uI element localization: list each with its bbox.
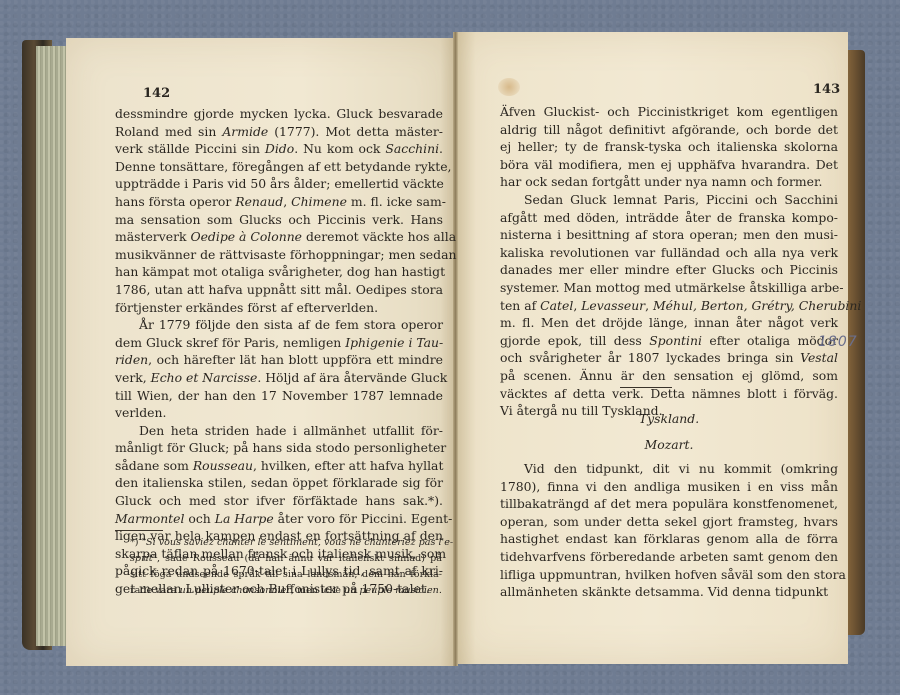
text-line: kaliska revolutionen var fulländad och a… bbox=[500, 244, 838, 262]
subsection-heading: Mozart. bbox=[500, 437, 838, 452]
foxing-stain bbox=[498, 78, 520, 96]
text-line: 1780), finna vi den andliga musiken i en… bbox=[500, 478, 838, 496]
section-divider bbox=[620, 387, 672, 388]
text-line: Marmontel och La Harpe åter voro för Pic… bbox=[115, 510, 443, 528]
left-page-body: dessmindre gjorde mycken lycka. Gluck be… bbox=[115, 105, 443, 598]
right-page-body-continued: Vid den tidpunkt, dit vi nu kommit (omkr… bbox=[500, 460, 838, 601]
text-line: Roland med sin Armide (1777). Mot detta … bbox=[115, 123, 443, 141]
text-line: gjorde epok, till dess Spontini efter ot… bbox=[500, 332, 838, 350]
text-line: tillbakaträngd af det mera populära kons… bbox=[500, 495, 838, 513]
text-line: aldrig till något definitivt afgörande, … bbox=[500, 121, 838, 139]
text-line: Denne tonsättare, föregången af ett bety… bbox=[115, 158, 443, 176]
text-line: den italienska stilen, sedan öppet förkl… bbox=[115, 474, 443, 492]
book-gutter bbox=[453, 32, 458, 666]
text-line: tidehvarfvens förberedande arbeten samt … bbox=[500, 548, 838, 566]
text-line: har ock sedan fortgått under nya namn oc… bbox=[500, 173, 838, 191]
page-number-left: 142 bbox=[143, 86, 170, 101]
text-line: mästerverk Oedipe à Colonne deremot väck… bbox=[115, 228, 443, 246]
text-line: till Wien, der han den 17 November 1787 … bbox=[115, 387, 443, 405]
text-line: Den heta striden hade i allmänhet utfall… bbox=[115, 422, 443, 440]
text-line: förtjenster erkändes först af efterverld… bbox=[115, 299, 443, 317]
page-stack-edge bbox=[36, 46, 68, 646]
text-line: danades mer eller mindre efter Glucks oc… bbox=[500, 261, 838, 279]
handwritten-margin-annotation: 1807 bbox=[818, 334, 858, 350]
text-line: Vid den tidpunkt, dit vi nu kommit (omkr… bbox=[500, 460, 838, 478]
footnote: *) "Si vous saviez chanter le sentiment,… bbox=[130, 535, 442, 599]
text-line: År 1779 följde den sista af de fem stora… bbox=[115, 316, 443, 334]
text-line: verlden. bbox=[115, 404, 443, 422]
text-line: riden, och härefter lät han blott uppför… bbox=[115, 351, 443, 369]
text-line: sprit", sade Rousseau (då han ännu var i… bbox=[130, 551, 442, 567]
text-line: operan, som under detta sekel gjort fram… bbox=[500, 513, 838, 531]
text-line: verk, Echo et Narcisse. Höljd af ära åte… bbox=[115, 369, 443, 387]
text-line: lifliga uppmuntran, hvilken hofven såväl… bbox=[500, 566, 838, 584]
page-number-right: 143 bbox=[813, 82, 840, 97]
section-heading: Tyskland. bbox=[500, 411, 838, 426]
text-line: Gluck och med stor ifver förfäktade hans… bbox=[115, 492, 443, 510]
text-line: systemer. Man mottog med utmärkelse åtsk… bbox=[500, 279, 838, 297]
text-line: *) "Si vous saviez chanter le sentiment,… bbox=[130, 535, 442, 551]
text-line: afgått med döden, inträdde åter de frans… bbox=[500, 209, 838, 227]
text-line: sådane som Rousseau, hvilken, efter att … bbox=[115, 457, 443, 475]
text-line: nisterna i besittning af stora operan; m… bbox=[500, 226, 838, 244]
text-line: och svårigheter år 1807 lyckades bringa … bbox=[500, 349, 838, 367]
right-page-body: Äfven Gluckist- och Piccinistkriget kom … bbox=[500, 103, 838, 420]
text-line: på scenen. Ännu är den sensation ej glöm… bbox=[500, 367, 838, 385]
text-line: ma sensation som Glucks och Piccinis ver… bbox=[115, 211, 443, 229]
text-line: Äfven Gluckist- och Piccinistkriget kom … bbox=[500, 103, 838, 121]
text-line: dem Gluck skref för Paris, nemligen Iphi… bbox=[115, 334, 443, 352]
text-line: uppträdde i Paris vid 50 års ålder; emel… bbox=[115, 175, 443, 193]
text-line: allmänheten skänkte detsamma. Vid denna … bbox=[500, 583, 838, 601]
text-line: rade vara un peuple chansonnier, men ick… bbox=[130, 583, 442, 599]
text-line: verk ställde Piccini sin Dido. Nu kom oc… bbox=[115, 140, 443, 158]
text-line: månligt för Gluck; på hans sida stodo pe… bbox=[115, 439, 443, 457]
text-line: ej heller; ty de fransk-tyska och italie… bbox=[500, 138, 838, 156]
text-line: hans första operor Renaud, Chimene m. fl… bbox=[115, 193, 443, 211]
text-line: böra väl modifiera, men ej upphäfva hvar… bbox=[500, 156, 838, 174]
text-line: dessmindre gjorde mycken lycka. Gluck be… bbox=[115, 105, 443, 123]
text-line: musikvänner de rättvisaste förhoppningar… bbox=[115, 246, 443, 264]
text-line: 1786, utan att hafva uppnått sitt mål. O… bbox=[115, 281, 443, 299]
text-line: ten af Catel, Levasseur, Méhul, Berton, … bbox=[500, 297, 838, 315]
text-line: m. fl. Men det dröjde länge, innan åter … bbox=[500, 314, 838, 332]
text-line: hastighet endast kan förklaras genom all… bbox=[500, 530, 838, 548]
text-line: Sedan Gluck lemnat Paris, Piccini och Sa… bbox=[500, 191, 838, 209]
text-line: han kämpat mot otaliga svårigheter, dog … bbox=[115, 263, 443, 281]
text-line: sitt föga undseende språk till sina land… bbox=[130, 567, 442, 583]
footnote-rule bbox=[115, 530, 163, 531]
